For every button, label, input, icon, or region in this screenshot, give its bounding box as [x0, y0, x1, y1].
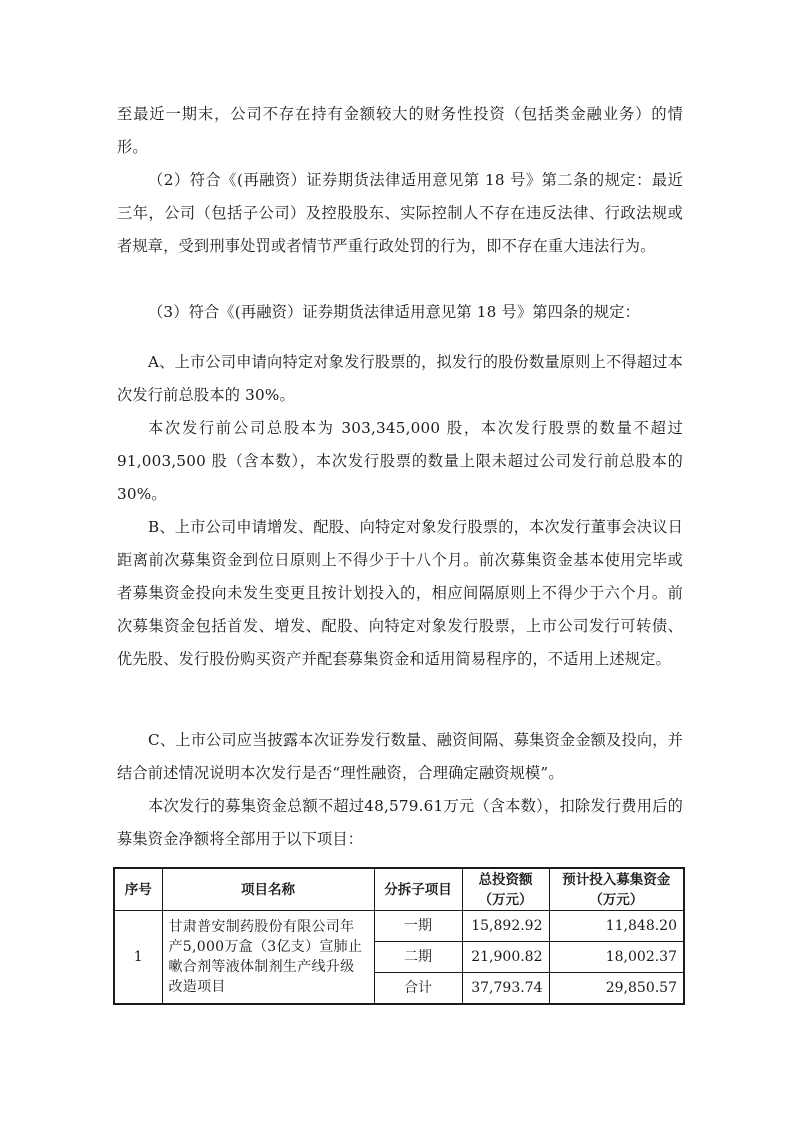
- paragraph-share-capital: 本次发行前公司总股本为 303,345,000 股，本次发行股票的数量不超过 9…: [117, 412, 683, 511]
- cell-sub-project: 合计: [374, 973, 462, 1005]
- fund-usage-table: 序号 项目名称 分拆子项目 总投资额 （万元） 预计投入募集资金 （万元） 1 …: [113, 867, 685, 1005]
- header-project-name: 项目名称: [162, 868, 374, 911]
- table-row: 1 甘肃普安制药股份有限公司年产5,000万盒（3亿支）宣肺止嗽合剂等液体制剂生…: [114, 911, 684, 942]
- cell-raised: 18,002.37: [549, 942, 684, 973]
- cell-raised: 29,850.57: [549, 973, 684, 1005]
- paragraph-item-a: A、上市公司申请向特定对象发行股票的，拟发行的股份数量原则上不得超过本次发行前总…: [117, 346, 683, 412]
- paragraph-raised-funds: 本次发行的募集资金总额不超过48,579.61万元（含本数），扣除发行费用后的募…: [117, 790, 683, 856]
- cell-total: 37,793.74: [462, 973, 549, 1005]
- table-header-row: 序号 项目名称 分拆子项目 总投资额 （万元） 预计投入募集资金 （万元）: [114, 868, 684, 911]
- cell-sub-project: 二期: [374, 942, 462, 973]
- cell-project-no: 1: [114, 911, 162, 1005]
- cell-raised: 11,848.20: [549, 911, 684, 942]
- paragraph-item-c: C、上市公司应当披露本次证券发行数量、融资间隔、募集资金金额及投向，并结合前述情…: [117, 724, 683, 790]
- paragraph-financial-investment: 至最近一期末，公司不存在持有金额较大的财务性投资（包括类金融业务）的情形。: [117, 98, 683, 164]
- cell-total: 21,900.82: [462, 942, 549, 973]
- cell-total: 15,892.92: [462, 911, 549, 942]
- header-raised-funds: 预计投入募集资金 （万元）: [549, 868, 684, 911]
- header-sub-project: 分拆子项目: [374, 868, 462, 911]
- header-no: 序号: [114, 868, 162, 911]
- document-page: 至最近一期末，公司不存在持有金额较大的财务性投资（包括类金融业务）的情形。 （2…: [0, 0, 793, 1122]
- cell-sub-project: 一期: [374, 911, 462, 942]
- paragraph-article-4-heading: （3）符合《(再融资）证券期货法律适用意见第 18 号》第四条的规定：: [117, 296, 683, 329]
- header-total-investment: 总投资额 （万元）: [462, 868, 549, 911]
- paragraph-article-2: （2）符合《(再融资）证券期货法律适用意见第 18 号》第二条的规定：最近三年，…: [117, 164, 683, 263]
- cell-project-name: 甘肃普安制药股份有限公司年产5,000万盒（3亿支）宣肺止嗽合剂等液体制剂生产线…: [162, 911, 374, 1005]
- paragraph-item-b: B、上市公司申请增发、配股、向特定对象发行股票的，本次发行董事会决议日距离前次募…: [117, 511, 683, 676]
